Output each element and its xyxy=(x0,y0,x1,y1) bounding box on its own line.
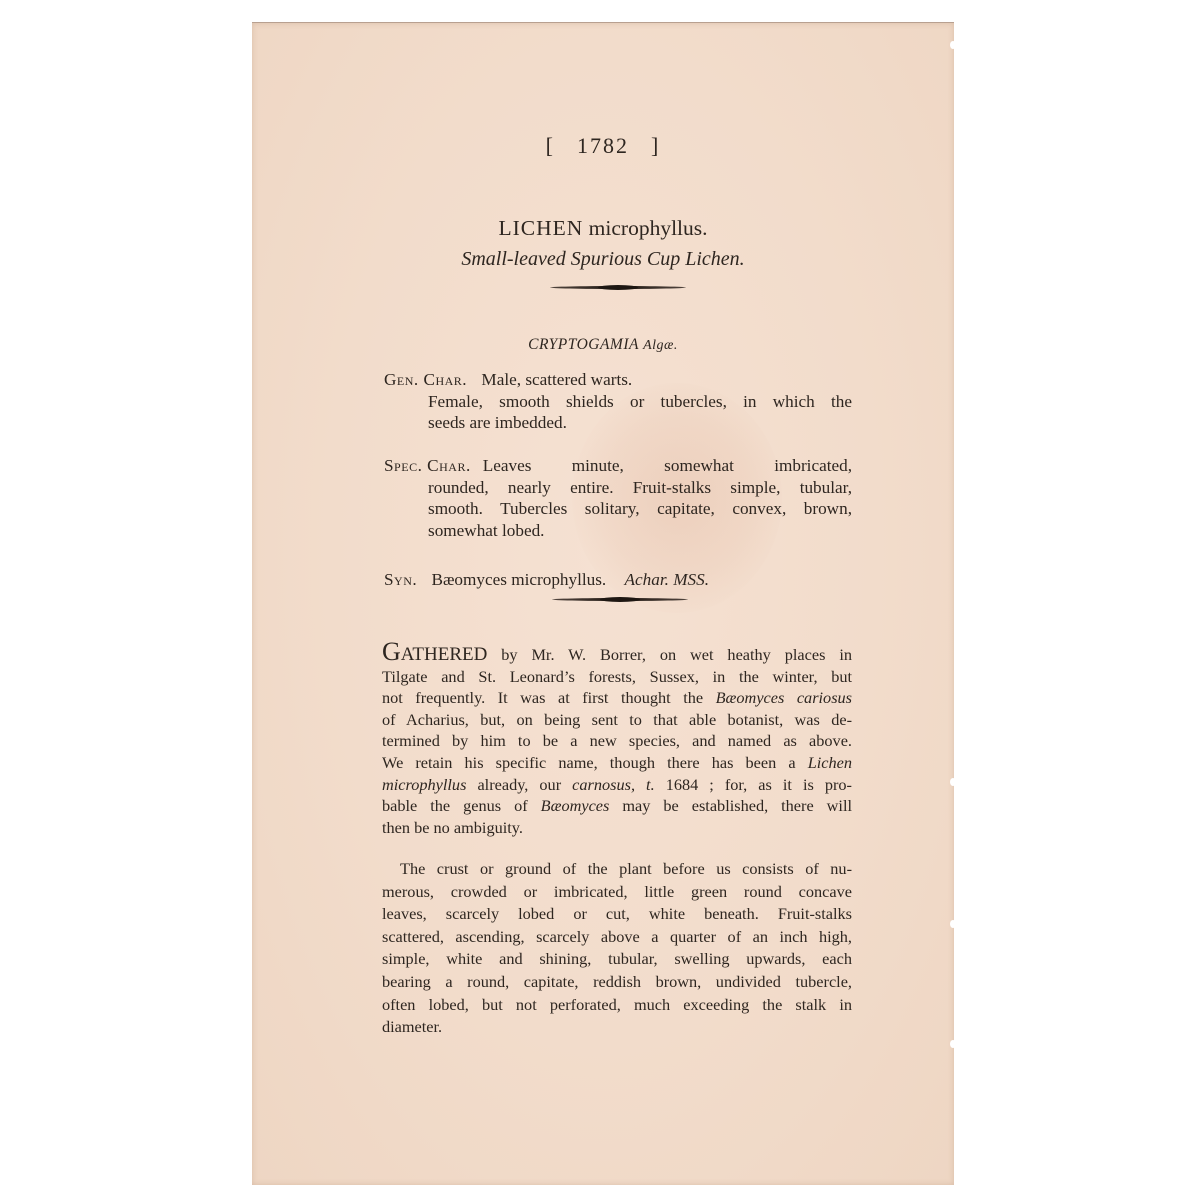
spec-char-line: Leaves minute, somewhat imbricated, xyxy=(483,455,852,477)
italic-run: Bæomyces xyxy=(541,796,610,815)
generic-character: Gen. Char. Male, scattered warts. Female… xyxy=(384,369,852,434)
text-run: may be established, there will xyxy=(609,796,852,815)
ornamental-rule xyxy=(552,598,688,601)
paragraph-line: GATHERED by Mr. W. Borrer, on wet heathy… xyxy=(382,643,852,666)
spec-char-line: rounded, nearly entire. Fruit-stalks sim… xyxy=(428,477,852,499)
paragraph-line: bable the genus of Bæomyces may be estab… xyxy=(382,795,852,817)
description-paragraph-1: GATHERED by Mr. W. Borrer, on wet heathy… xyxy=(382,643,852,838)
page-number: [1782] xyxy=(252,133,954,159)
document-page: [1782] LICHEN microphyllus. Small-leaved… xyxy=(252,22,954,1185)
paragraph-line: Tilgate and St. Leonard’s forests, Susse… xyxy=(382,666,852,688)
paragraph-line: not frequently. It was at first thought … xyxy=(382,687,852,709)
paragraph-line: The crust or ground of the plant before … xyxy=(382,858,852,881)
bracket-right: ] xyxy=(651,133,660,158)
classification-order: Algæ. xyxy=(643,338,678,353)
synonym: Syn. Bæomyces microphyllus. Achar. MSS. xyxy=(384,569,852,591)
page-subtitle: Small-leaved Spurious Cup Lichen. xyxy=(252,248,954,271)
paragraph-line: diameter. xyxy=(382,1016,852,1039)
edge-wear xyxy=(950,41,956,49)
text-run: Tilgate and St. Leonard’s forests, Susse… xyxy=(382,667,852,686)
text-run: not frequently. It was at first thought … xyxy=(382,688,716,707)
gen-char-label: Gen. Char. xyxy=(384,370,467,389)
text-run: 1684 ; for, as it is pro- xyxy=(655,775,852,794)
text-run: of Acharius, but, on being sent to that … xyxy=(382,710,852,729)
ornamental-rule xyxy=(550,286,686,289)
text-run: then be no ambiguity. xyxy=(382,818,523,837)
italic-run: Lichen xyxy=(808,753,852,772)
syn-authority: Achar. MSS. xyxy=(625,570,710,589)
spec-char-line: smooth. Tubercles solitary, capitate, co… xyxy=(428,498,852,520)
spec-char-label: Spec. Char. xyxy=(384,455,471,477)
specific-character: Spec. Char. Leaves minute, somewhat imbr… xyxy=(384,455,852,541)
page-number-value: 1782 xyxy=(577,133,629,158)
description-paragraph-2: The crust or ground of the plant before … xyxy=(382,858,852,1039)
gen-char-line: Male, scattered warts. xyxy=(481,370,632,389)
bracket-left: [ xyxy=(546,133,555,158)
title-genus: LICHEN xyxy=(498,216,583,240)
paragraph-line: bearing a round, capitate, reddish brown… xyxy=(382,971,852,994)
syn-text: Bæomyces microphyllus. xyxy=(432,570,607,589)
paragraph-line: microphyllus already, our carnosus, t. 1… xyxy=(382,774,852,796)
paragraph-line: of Acharius, but, on being sent to that … xyxy=(382,709,852,731)
gen-char-line: seeds are imbedded. xyxy=(428,412,852,434)
syn-label: Syn. xyxy=(384,570,417,589)
edge-wear xyxy=(950,1040,956,1048)
spec-char-line: somewhat lobed. xyxy=(428,520,852,542)
text-run: We retain his specific name, though ther… xyxy=(382,753,808,772)
classification-class: CRYPTOGAMIA xyxy=(528,336,639,353)
page-title: LICHEN microphyllus. xyxy=(252,216,954,241)
text-run: bable the genus of xyxy=(382,796,541,815)
paragraph-line: merous, crowded or imbricated, little gr… xyxy=(382,881,852,904)
italic-run: Bæomyces cariosus xyxy=(716,688,852,707)
lead-caps: ATHERED xyxy=(401,644,488,665)
text-run: by Mr. W. Borrer, on wet heathy places i… xyxy=(487,645,852,664)
edge-wear xyxy=(950,920,956,928)
italic-run: microphyllus xyxy=(382,775,466,794)
classification: CRYPTOGAMIA Algæ. xyxy=(252,336,954,354)
italic-run: carnosus, t. xyxy=(572,775,655,794)
paragraph-line: often lobed, but not perforated, much ex… xyxy=(382,994,852,1017)
text-run: termined by him to be a new species, and… xyxy=(382,731,852,750)
paragraph-line: termined by him to be a new species, and… xyxy=(382,730,852,752)
edge-wear xyxy=(950,778,956,786)
text-run: already, our xyxy=(466,775,572,794)
paragraph-line: then be no ambiguity. xyxy=(382,817,852,839)
paragraph-line: leaves, scarcely lobed or cut, white ben… xyxy=(382,903,852,926)
paragraph-line: We retain his specific name, though ther… xyxy=(382,752,852,774)
paragraph-line: simple, white and shining, tubular, swel… xyxy=(382,948,852,971)
drop-initial: G xyxy=(382,637,401,666)
gen-char-line: Female, smooth shields or tubercles, in … xyxy=(428,391,852,413)
title-species: microphyllus. xyxy=(589,216,708,240)
paragraph-line: scattered, ascending, scarcely above a q… xyxy=(382,926,852,949)
